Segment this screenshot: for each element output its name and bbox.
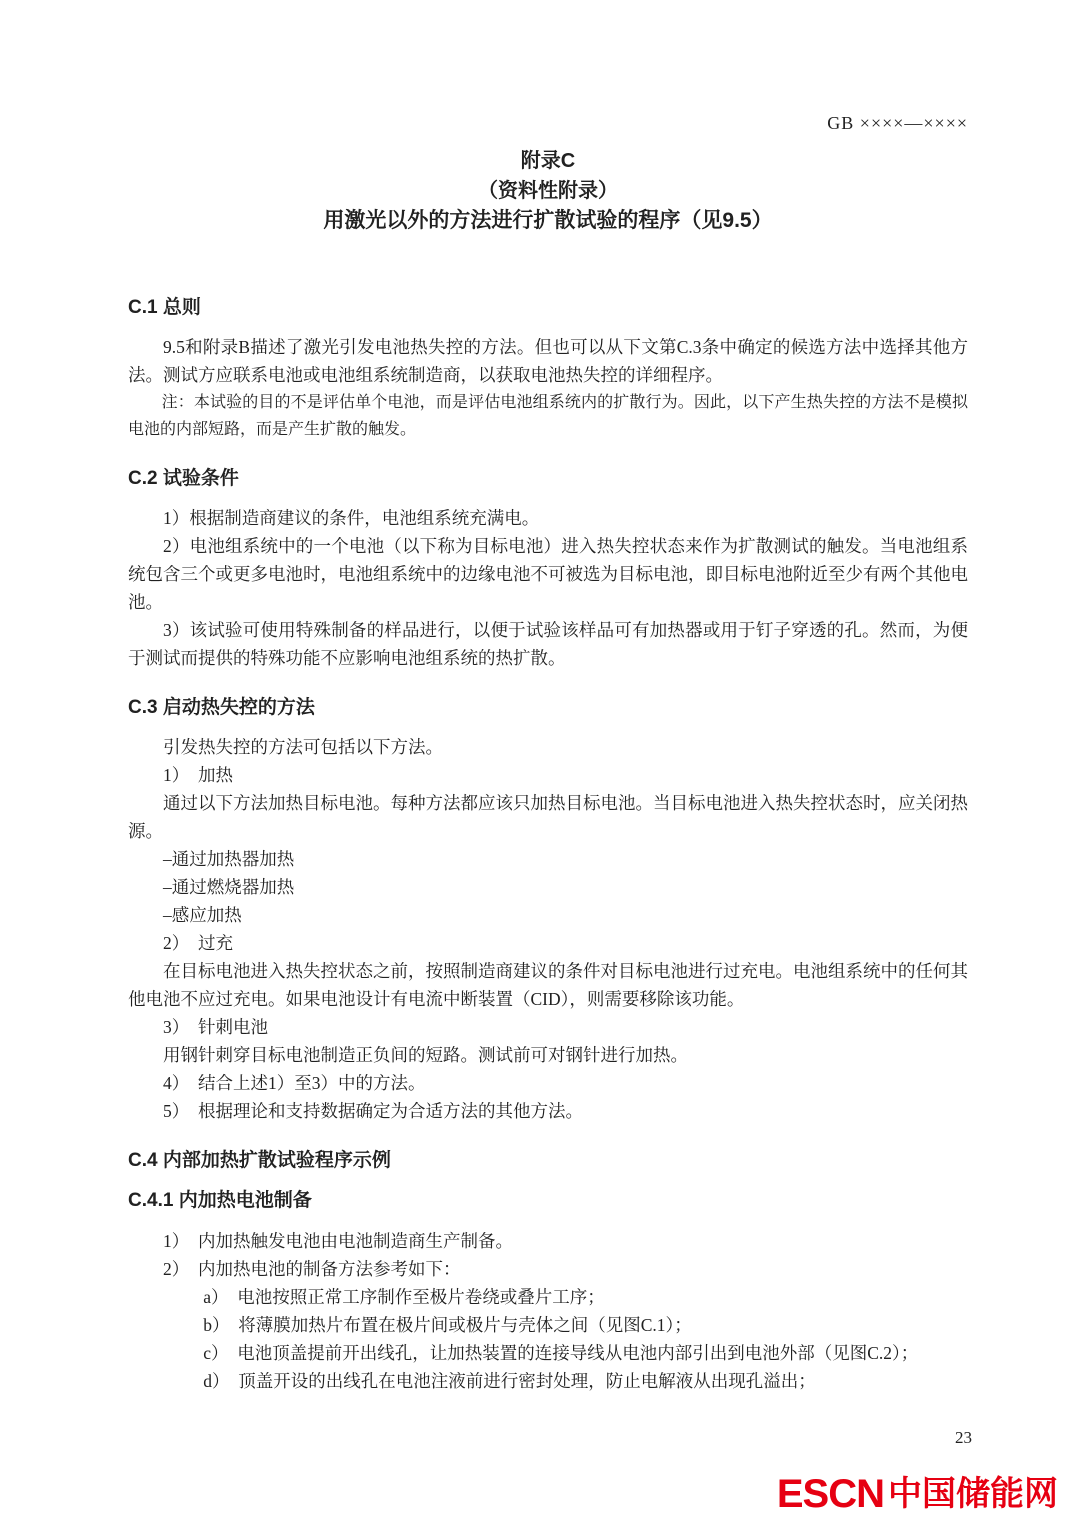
appendix-type: （资料性附录） — [128, 176, 968, 206]
appendix-label: 附录C — [128, 146, 968, 176]
section-c4-subitem-d: d） 顶盖开设的出线孔在电池注液前进行密封处理，防止电解液从出现孔溢出； — [128, 1367, 968, 1395]
section-c1-paragraph: 9.5和附录B描述了激光引发电池热失控的方法。但也可以从下文第C.3条中确定的候… — [128, 333, 968, 389]
escn-logo: ESCN中国储能网 — [777, 1466, 1058, 1517]
section-c2-item-3: 3）该试验可使用特殊制备的样品进行，以便于试验该样品可有加热器或用于钉子穿透的孔… — [128, 616, 968, 672]
section-c4-item-1: 1） 内加热触发电池由电池制造商生产制备。 — [128, 1227, 968, 1255]
appendix-name: 用激光以外的方法进行扩散试验的程序（见9.5） — [128, 206, 968, 236]
appendix-title-block: 附录C （资料性附录） 用激光以外的方法进行扩散试验的程序（见9.5） — [128, 146, 968, 236]
section-c4-subitem-b: b） 将薄膜加热片布置在极片间或极片与壳体之间（见图C.1）； — [128, 1311, 968, 1339]
section-c3-item-2: 2） 过充 — [128, 929, 968, 957]
section-c3-item-1: 1） 加热 — [128, 761, 968, 789]
section-c3-item-3: 3） 针刺电池 — [128, 1013, 968, 1041]
section-c2-item-1: 1）根据制造商建议的条件，电池组系统充满电。 — [128, 504, 968, 532]
section-c3-item-5: 5） 根据理论和支持数据确定为合适方法的其他方法。 — [128, 1097, 968, 1125]
section-c41-heading: C.4.1 内加热电池制备 — [128, 1189, 968, 1213]
section-c1-note: 注：本试验的目的不是评估单个电池，而是评估电池组系统内的扩散行为。因此，以下产生… — [128, 389, 968, 443]
standard-number: GB ××××—×××× — [128, 112, 968, 134]
section-c4-item-2: 2） 内加热电池的制备方法参考如下： — [128, 1255, 968, 1283]
section-c3-dash-induction: –感应加热 — [128, 901, 968, 929]
section-c3-paragraph-3: 用钢针刺穿目标电池制造正负间的短路。测试前可对钢针进行加热。 — [128, 1041, 968, 1069]
section-c3-dash-heater: –通过加热器加热 — [128, 845, 968, 873]
section-c4-subitem-c: c） 电池顶盖提前开出线孔，让加热装置的连接导线从电池内部引出到电池外部（见图C… — [128, 1339, 968, 1367]
section-c3-heading: C.3 启动热失控的方法 — [128, 696, 968, 720]
section-c4-subitem-a: a） 电池按照正常工序制作至极片卷绕或叠片工序； — [128, 1283, 968, 1311]
section-c3-item-4: 4） 结合上述1）至3）中的方法。 — [128, 1069, 968, 1097]
section-c3-paragraph-1: 通过以下方法加热目标电池。每种方法都应该只加热目标电池。当目标电池进入热失控状态… — [128, 789, 968, 845]
section-c2-heading: C.2 试验条件 — [128, 467, 968, 491]
page-number: 23 — [955, 1428, 972, 1448]
document-page: GB ××××—×××× 附录C （资料性附录） 用激光以外的方法进行扩散试验的… — [0, 0, 1080, 1528]
escn-logo-latin-text: ESCN — [777, 1472, 884, 1516]
section-c4-heading: C.4 内部加热扩散试验程序示例 — [128, 1149, 968, 1173]
escn-logo-chinese-text: 中国储能网 — [888, 1475, 1058, 1513]
section-c3-dash-burner: –通过燃烧器加热 — [128, 873, 968, 901]
section-c1-heading: C.1 总则 — [128, 296, 968, 320]
section-c3-paragraph-2: 在目标电池进入热失控状态之前，按照制造商建议的条件对目标电池进行过充电。电池组系… — [128, 957, 968, 1013]
section-c2-item-2: 2）电池组系统中的一个电池（以下称为目标电池）进入热失控状态来作为扩散测试的触发… — [128, 532, 968, 616]
section-c3-intro: 引发热失控的方法可包括以下方法。 — [128, 733, 968, 761]
